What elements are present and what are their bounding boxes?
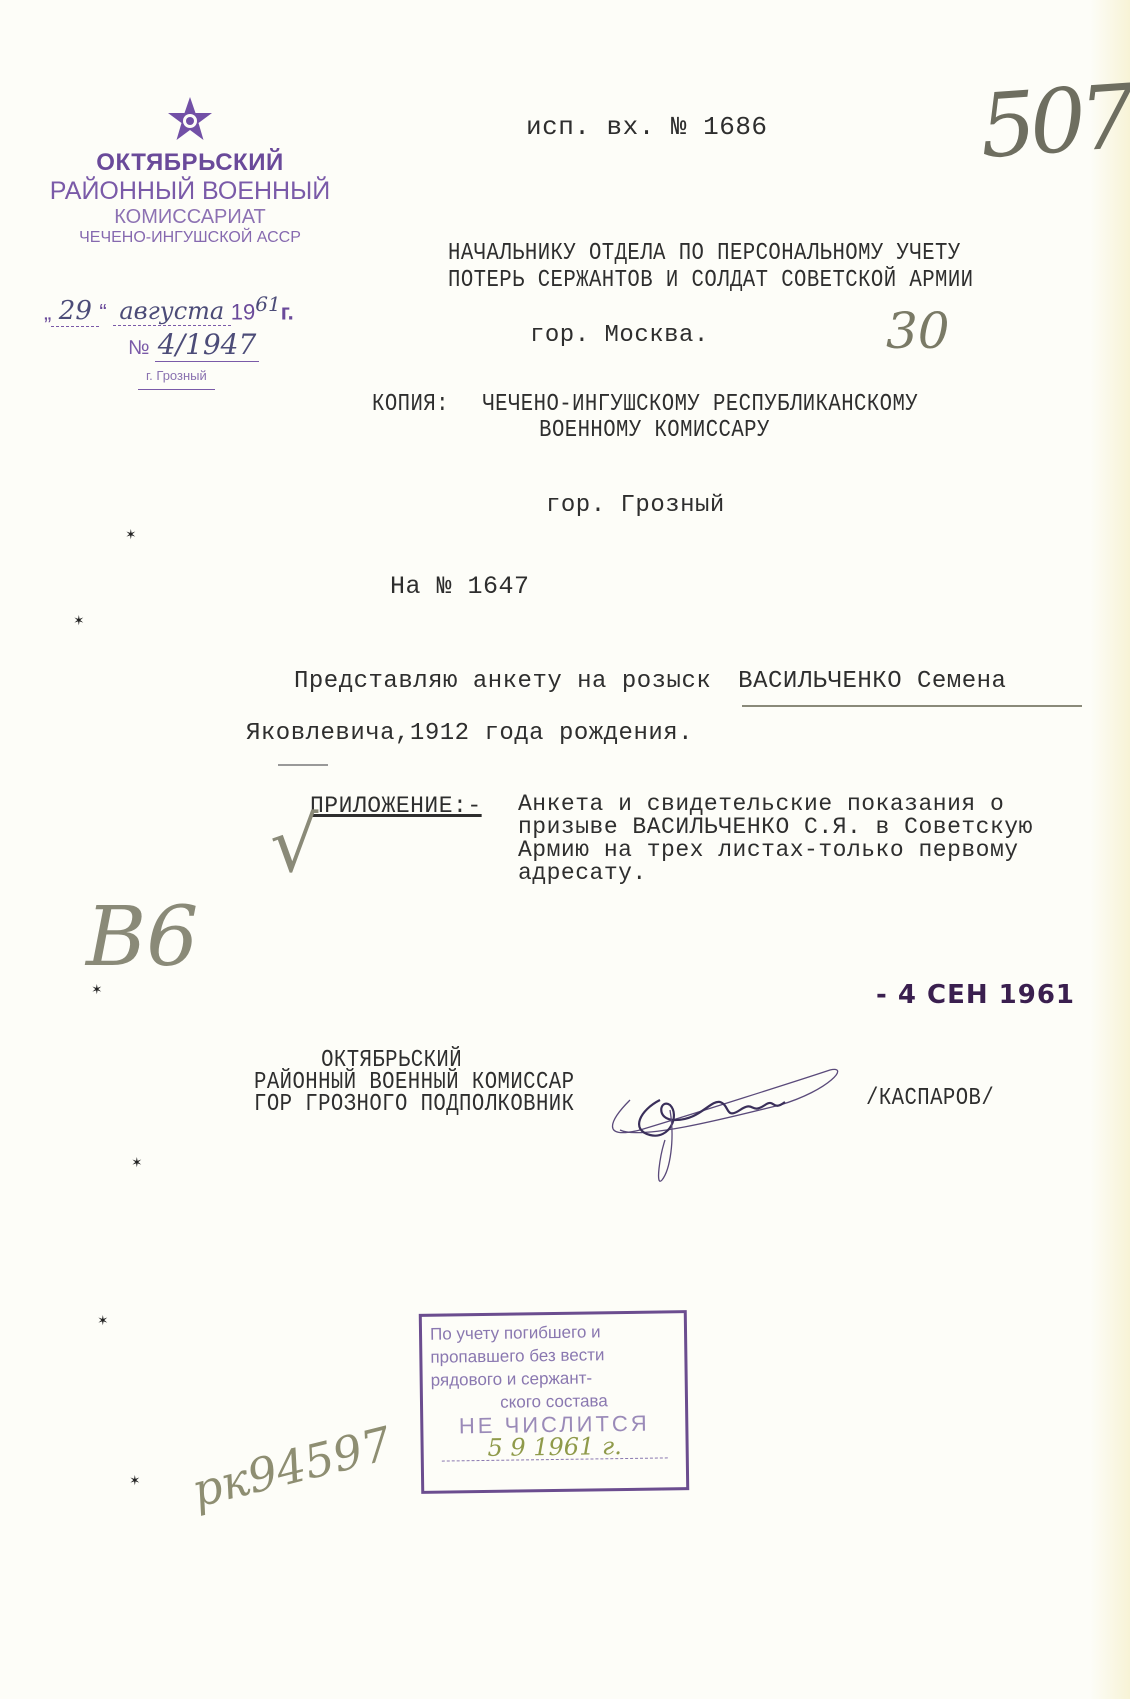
checkmark-icon: √ bbox=[270, 800, 318, 889]
commissariat-stamp: ОКТЯБРЬСКИЙ РАЙОННЫЙ ВОЕННЫЙ КОМИССАРИАТ… bbox=[40, 95, 340, 247]
body-line-2: Яковлевича,1912 года рождения. bbox=[246, 720, 693, 747]
stamp-line-1: ОКТЯБРЬСКИЙ bbox=[40, 149, 340, 177]
box-stamp-date: 5 9 1961 г. bbox=[441, 1434, 667, 1461]
recipient-line-1: НАЧАЛЬНИКУ ОТДЕЛА ПО ПЕРСОНАЛЬНОМУ УЧЕТУ bbox=[448, 240, 973, 267]
handwritten-b6: В6 bbox=[86, 890, 198, 985]
stamp-date-day: 29 bbox=[51, 296, 99, 327]
stamp-date-month: августа bbox=[113, 297, 231, 326]
stamp-number-row: № 4/1947 bbox=[128, 328, 259, 362]
pencil-note-bottom: рк94597 bbox=[186, 1416, 396, 1518]
stamp-date-g: г. bbox=[281, 299, 294, 324]
punch-hole-icon: ✶ bbox=[74, 616, 84, 626]
stamp-date-year-prefix: 19 bbox=[231, 299, 255, 324]
registry-box-stamp: По учету погибшего и пропавшего без вест… bbox=[419, 1310, 689, 1494]
stamp-line-2: РАЙОННЫЙ ВОЕННЫЙ bbox=[40, 177, 340, 206]
box-stamp-line-1: По учету погибшего и bbox=[430, 1319, 676, 1345]
recipient-block: НАЧАЛЬНИКУ ОТДЕЛА ПО ПЕРСОНАЛЬНОМУ УЧЕТУ… bbox=[448, 240, 973, 294]
box-stamp-line-2: пропавшего без вести bbox=[430, 1342, 676, 1368]
stamp-date-year-suffix: 61 bbox=[255, 292, 280, 316]
pencil-mark-30: 30 bbox=[886, 302, 950, 360]
signature-block: ОКТЯБРЬСКИЙ РАЙОННЫЙ ВОЕННЫЙ КОМИССАР ГО… bbox=[254, 1050, 574, 1116]
copy-label: КОПИЯ: bbox=[372, 391, 449, 418]
reply-reference: На № 1647 bbox=[390, 572, 530, 601]
archive-number-handwritten: 507 bbox=[977, 65, 1130, 178]
stamp-number-label: № bbox=[128, 337, 149, 359]
punch-hole-icon: ✶ bbox=[132, 1158, 142, 1168]
body-line-1-name: ВАСИЛЬЧЕНКО Семена bbox=[738, 668, 1006, 695]
incoming-reference: исп. вх. № 1686 bbox=[526, 112, 768, 142]
punch-hole-icon: ✶ bbox=[126, 530, 136, 540]
copy-line-1: ЧЕЧЕНО-ИНГУШСКОМУ РЕСПУБЛИКАНСКОМУ bbox=[482, 392, 918, 418]
stamp-line-4: ЧЕЧЕНО-ИНГУШСКОЙ АССР bbox=[40, 229, 340, 247]
page-edge bbox=[1090, 0, 1130, 1699]
stamp-line-3: КОМИССАРИАТ bbox=[40, 206, 340, 229]
stamp-date-row: „29“ августа1961г. bbox=[44, 292, 294, 327]
stamp-number: 4/1947 bbox=[155, 328, 259, 362]
recipient-line-2: ПОТЕРЬ СЕРЖАНТОВ И СОЛДАТ СОВЕТСКОЙ АРМИ… bbox=[448, 267, 973, 294]
recipient-city: гор. Москва. bbox=[530, 322, 709, 349]
pencil-underline bbox=[742, 705, 1082, 707]
attachment-text: Анкета и свидетельские показания о призы… bbox=[518, 793, 1033, 885]
stamp-city: г. Грозный bbox=[138, 368, 215, 390]
attachment-line-4: адресату. bbox=[518, 862, 1033, 885]
attachment-line-3: Армию на трех листах-только первому bbox=[518, 839, 1033, 862]
received-date-stamp: - 4 СЕН 1961 bbox=[876, 980, 1075, 1010]
punch-hole-icon: ✶ bbox=[92, 985, 102, 995]
pencil-underline-short bbox=[278, 764, 328, 766]
attachment-line-2: призыве ВАСИЛЬЧЕНКО С.Я. в Советскую bbox=[518, 816, 1033, 839]
attachment-line-1: Анкета и свидетельские показания о bbox=[518, 793, 1033, 816]
body-line-1-prefix: Представляю анкету на розыск bbox=[294, 668, 711, 695]
star-emblem-icon bbox=[166, 95, 214, 143]
body-line-1: Представляю анкету на розыск ВАСИЛЬЧЕНКО… bbox=[294, 668, 1006, 695]
signature-line-3: ГОР ГРОЗНОГО ПОДПОЛКОВНИК bbox=[254, 1094, 574, 1116]
box-stamp-line-3: рядового и сержант- bbox=[431, 1365, 677, 1391]
punch-hole-icon: ✶ bbox=[98, 1316, 108, 1326]
attachment-label: ПРИЛОЖЕНИЕ:- bbox=[310, 793, 482, 819]
copy-city: гор. Грозный bbox=[546, 492, 725, 519]
copy-line-2: ВОЕННОМУ КОМИССАРУ bbox=[539, 418, 918, 444]
copy-block: КОПИЯ: ЧЕЧЕНО-ИНГУШСКОМУ РЕСПУБЛИКАНСКОМ… bbox=[372, 392, 918, 444]
punch-hole-icon: ✶ bbox=[130, 1476, 140, 1486]
signature-icon bbox=[600, 1060, 850, 1190]
signatory-name: /КАСПАРОВ/ bbox=[866, 1085, 994, 1112]
